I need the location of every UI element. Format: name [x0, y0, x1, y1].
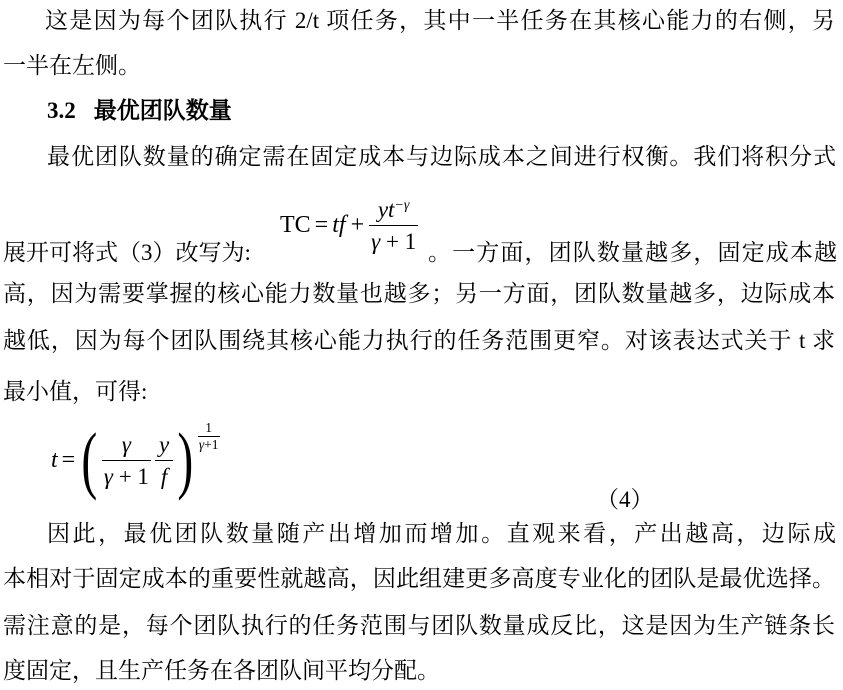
paragraph2-line2-suffix: 。一方面，团队数量越多，固定成本越 [428, 239, 837, 266]
document-page: 这是因为每个团队执行 2/t 项任务，其中一半任务在其核心能力的右侧，另 一半在… [0, 0, 843, 690]
denominator-f: f [159, 461, 169, 488]
exponent-group: 1 γ+1 [198, 412, 220, 452]
term-tf: tf [332, 212, 345, 239]
denominator-gamma: γ [104, 464, 113, 489]
t-symbol: t [51, 447, 58, 474]
exponent-den-plus-one: +1 [204, 437, 218, 452]
paragraph2-line1: 最优团队数量的确定需在固定成本与边际成本之间进行权衡。我们将积分式 [47, 143, 836, 170]
equation-tc: TC = tf + yt−γ γ + 1 [280, 198, 418, 253]
paragraph2-line5: 最小值，可得: [3, 378, 147, 405]
paragraph2-line4: 越低，因为每个团队围绕其核心能力执行的任务范围更窄。对该表达式关于 t 求 [3, 327, 835, 354]
equals-sign: = [62, 447, 76, 474]
close-paren: ) [178, 422, 194, 498]
fraction-gamma-over-gamma-plus-one: γ γ + 1 [102, 433, 151, 488]
denominator-gamma: γ [371, 229, 380, 254]
numerator-y: y [155, 433, 173, 460]
paragraph3-line2: 本相对于固定成本的重要性就越高，因此组建更多高度专业化的团队是最优选择。 [3, 565, 835, 592]
section-title: 最优团队数量 [94, 98, 232, 123]
paragraph1-line1: 这是因为每个团队执行 2/t 项任务，其中一半任务在其核心能力的右侧，另 [45, 7, 835, 34]
exponent-fraction: 1 γ+1 [198, 421, 220, 452]
numerator-yt: yt [378, 197, 395, 222]
section-heading: 3.2最优团队数量 [47, 97, 232, 124]
equals-sign: = [315, 212, 329, 239]
numerator-gamma: γ [118, 433, 135, 460]
equation-number: （4） [596, 481, 654, 514]
paragraph3-line3: 需注意的是，每个团队执行的任务范围与团队数量成反比，这是因为生产链条长 [3, 612, 835, 639]
denominator-plus-one: + 1 [380, 229, 416, 254]
section-number: 3.2 [47, 98, 76, 123]
paragraph2-line3: 高，因为需要掌握的核心能力数量也越多；另一方面，团队数量越多，边际成本 [3, 280, 835, 307]
plus-sign: + [351, 212, 365, 239]
equation-4: t = ( γ γ + 1 y f ) 1 γ+1 [51, 432, 220, 488]
paragraph1-line2: 一半在左侧。 [3, 52, 141, 79]
exponent-numerator: 1 [204, 421, 213, 436]
fraction-y-over-f: y f [155, 433, 173, 488]
exponent-minus-gamma: −γ [394, 198, 409, 213]
tc-symbol: TC [280, 212, 311, 239]
paragraph3-line1: 因此，最优团队数量随产出增加而增加。直观来看，产出越高，边际成 [47, 520, 836, 547]
denominator-plus-one: + 1 [113, 464, 149, 489]
open-paren: ( [82, 422, 98, 498]
paragraph2-line2-prefix: 展开可将式（3）改写为: [3, 239, 251, 266]
paragraph3-line4: 度固定，且生产任务在各团队间平均分配。 [3, 657, 440, 684]
fraction-yt-over-gamma: yt−γ γ + 1 [369, 198, 418, 253]
